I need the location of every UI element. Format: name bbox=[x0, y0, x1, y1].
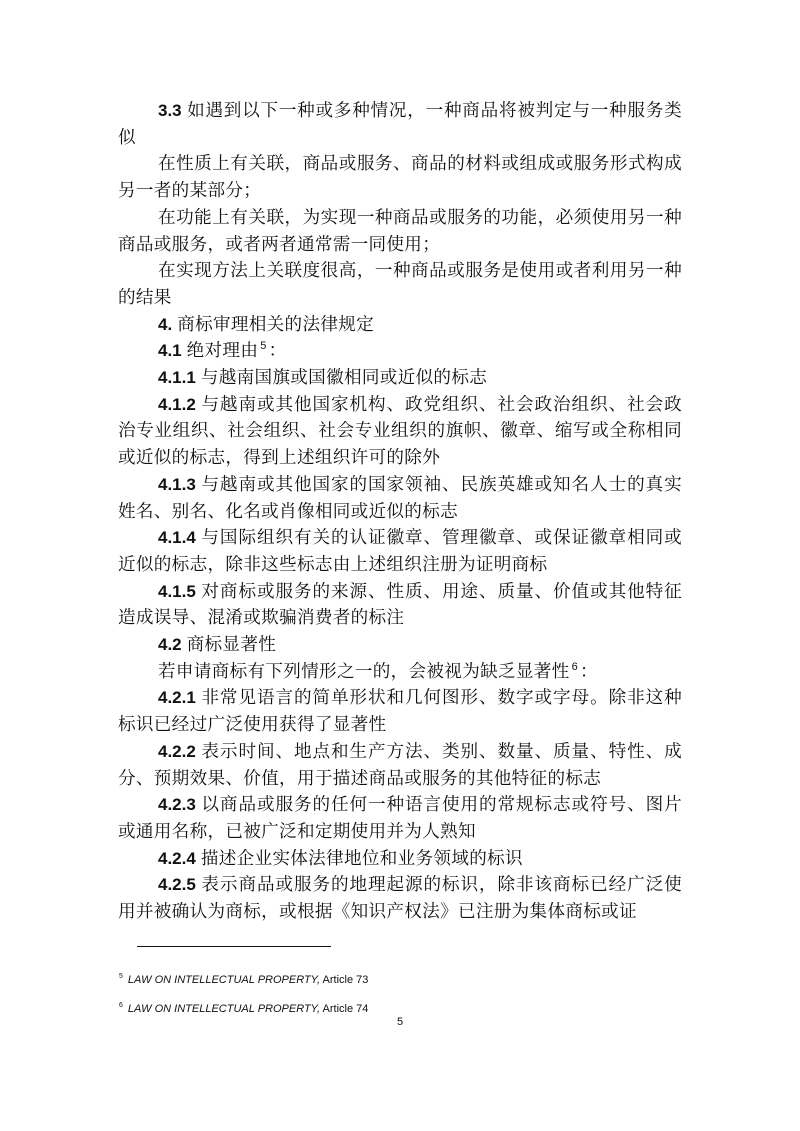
section-number: 4.1.5 bbox=[158, 582, 196, 601]
paragraph-4-2-4: 4.2.4描述企业实体法律地位和业务领域的标识 bbox=[118, 846, 682, 873]
footnote-separator bbox=[137, 946, 331, 947]
section-number: 4.1.2 bbox=[158, 395, 196, 414]
paragraph-text: 与越南或其他国家机构、政党组织、社会政治组织、社会政治专业组织、社会组织、社会专… bbox=[118, 395, 682, 468]
section-number: 4.2.3 bbox=[158, 795, 196, 814]
heading-text: 绝对理由 bbox=[187, 341, 259, 361]
paragraph-3-3: 3.3如遇到以下一种或多种情况，一种商品将被判定与一种服务类似 bbox=[118, 98, 682, 151]
paragraph-4-1-5: 4.1.5对商标或服务的来源、性质、用途、质量、价值或其他特征造成误导、混淆或欺… bbox=[118, 579, 682, 632]
section-number: 4.2 bbox=[158, 635, 182, 654]
paragraph-text: 与国际组织有关的认证徽章、管理徽章、或保证徽章相同或近似的标志，除非这些标志由上… bbox=[118, 528, 682, 575]
section-number: 4. bbox=[158, 315, 172, 334]
paragraph-4-2-1: 4.2.1非常见语言的简单形状和几何图形、数字或字母。除非这种标识已经过广泛使用… bbox=[118, 685, 682, 738]
heading-4-1: 4.1绝对理由5： bbox=[118, 338, 682, 365]
paragraph-4-1-1: 4.1.1与越南国旗或国徽相同或近似的标志 bbox=[118, 365, 682, 392]
colon: ： bbox=[580, 662, 598, 682]
page-number: 5 bbox=[394, 1016, 406, 1028]
paragraph-text: 以商品或服务的任何一种语言使用的常规标志或符号、图片或通用名称，已被广泛和定期使… bbox=[118, 795, 682, 842]
footnote-mark: 5 bbox=[119, 973, 123, 980]
paragraph-text: 表示时间、地点和生产方法、类别、数量、质量、特性、成分、预期效果、价值，用于描述… bbox=[118, 742, 682, 789]
paragraph-4-1-4: 4.1.4与国际组织有关的认证徽章、管理徽章、或保证徽章相同或近似的标志，除非这… bbox=[118, 525, 682, 578]
heading-4-2: 4.2商标显著性 bbox=[118, 632, 682, 659]
paragraph-nature-relation: 在性质上有关联，商品或服务、商品的材料或组成或服务形式构成另一者的某部分； bbox=[118, 151, 682, 204]
section-number: 4.1 bbox=[158, 341, 182, 360]
paragraph-4-2-2: 4.2.2表示时间、地点和生产方法、类别、数量、质量、特性、成分、预期效果、价值… bbox=[118, 739, 682, 792]
paragraph-4-2-intro: 若申请商标有下列情形之一的，会被视为缺乏显著性6： bbox=[118, 659, 682, 686]
paragraph-text: 在性质上有关联，商品或服务、商品的材料或组成或服务形式构成另一者的某部分； bbox=[118, 154, 682, 201]
paragraph-text: 与越南或其他国家的国家领袖、民族英雄或知名人士的真实姓名、别名、化名或肖像相同或… bbox=[118, 475, 682, 522]
section-number: 4.2.1 bbox=[158, 688, 196, 707]
heading-text: 商标显著性 bbox=[187, 635, 276, 655]
paragraph-method-relation: 在实现方法上关联度很高，一种商品或服务是使用或者利用另一种的结果 bbox=[118, 258, 682, 311]
body-text: 3.3如遇到以下一种或多种情况，一种商品将被判定与一种服务类似 在性质上有关联，… bbox=[118, 98, 682, 926]
paragraph-text: 如遇到以下一种或多种情况，一种商品将被判定与一种服务类似 bbox=[118, 101, 682, 148]
footnote-reference-6[interactable]: 6 bbox=[572, 661, 578, 673]
paragraph-text: 与越南国旗或国徽相同或近似的标志 bbox=[201, 368, 487, 388]
footnote-law-title: LAW ON INTELLECTUAL PROPERTY, bbox=[128, 1003, 320, 1015]
paragraph-text: 描述企业实体法律地位和业务领域的标识 bbox=[201, 849, 523, 869]
section-number: 4.2.4 bbox=[158, 849, 196, 868]
paragraph-4-1-2: 4.1.2与越南或其他国家机构、政党组织、社会政治组织、社会政治专业组织、社会组… bbox=[118, 392, 682, 472]
section-number: 4.1.1 bbox=[158, 368, 196, 387]
colon: ： bbox=[269, 341, 287, 361]
paragraph-text: 在功能上有关联，为实现一种商品或服务的功能，必须使用另一种商品或服务，或者两者通… bbox=[118, 208, 682, 255]
footnote-reference-5[interactable]: 5 bbox=[260, 340, 266, 352]
footnote-article: Article 74 bbox=[320, 1003, 368, 1015]
section-number: 3.3 bbox=[158, 101, 182, 120]
section-number: 4.1.4 bbox=[158, 528, 196, 547]
paragraph-text: 表示商品或服务的地理起源的标识，除非该商标已经广泛使用并被确认为商标，或根据《知… bbox=[118, 875, 682, 922]
section-number: 4.2.5 bbox=[158, 875, 196, 894]
footnote-5: 5LAW ON INTELLECTUAL PROPERTY, Article 7… bbox=[119, 964, 679, 993]
paragraph-4-1-3: 4.1.3与越南或其他国家的国家领袖、民族英雄或知名人士的真实姓名、别名、化名或… bbox=[118, 472, 682, 525]
footnote-law-title: LAW ON INTELLECTUAL PROPERTY, bbox=[128, 974, 320, 986]
document-page: 3.3如遇到以下一种或多种情况，一种商品将被判定与一种服务类似 在性质上有关联，… bbox=[0, 0, 800, 1131]
paragraph-4-2-3: 4.2.3以商品或服务的任何一种语言使用的常规标志或符号、图片或通用名称，已被广… bbox=[118, 792, 682, 845]
footnotes: 5LAW ON INTELLECTUAL PROPERTY, Article 7… bbox=[119, 964, 679, 1022]
paragraph-text: 在实现方法上关联度很高，一种商品或服务是使用或者利用另一种的结果 bbox=[118, 261, 682, 308]
paragraph-text: 非常见语言的简单形状和几何图形、数字或字母。除非这种标识已经过广泛使用获得了显著… bbox=[118, 688, 682, 735]
footnote-article: Article 73 bbox=[320, 974, 368, 986]
heading-text: 商标审理相关的法律规定 bbox=[177, 315, 374, 335]
paragraph-text: 对商标或服务的来源、性质、用途、质量、价值或其他特征造成误导、混淆或欺骗消费者的… bbox=[118, 582, 682, 629]
heading-4: 4.商标审理相关的法律规定 bbox=[118, 312, 682, 339]
section-number: 4.2.2 bbox=[158, 742, 196, 761]
footnote-mark: 6 bbox=[119, 1002, 123, 1009]
paragraph-text: 若申请商标有下列情形之一的，会被视为缺乏显著性 bbox=[158, 662, 570, 682]
section-number: 4.1.3 bbox=[158, 475, 196, 494]
paragraph-function-relation: 在功能上有关联，为实现一种商品或服务的功能，必须使用另一种商品或服务，或者两者通… bbox=[118, 205, 682, 258]
paragraph-4-2-5: 4.2.5表示商品或服务的地理起源的标识，除非该商标已经广泛使用并被确认为商标，… bbox=[118, 872, 682, 925]
